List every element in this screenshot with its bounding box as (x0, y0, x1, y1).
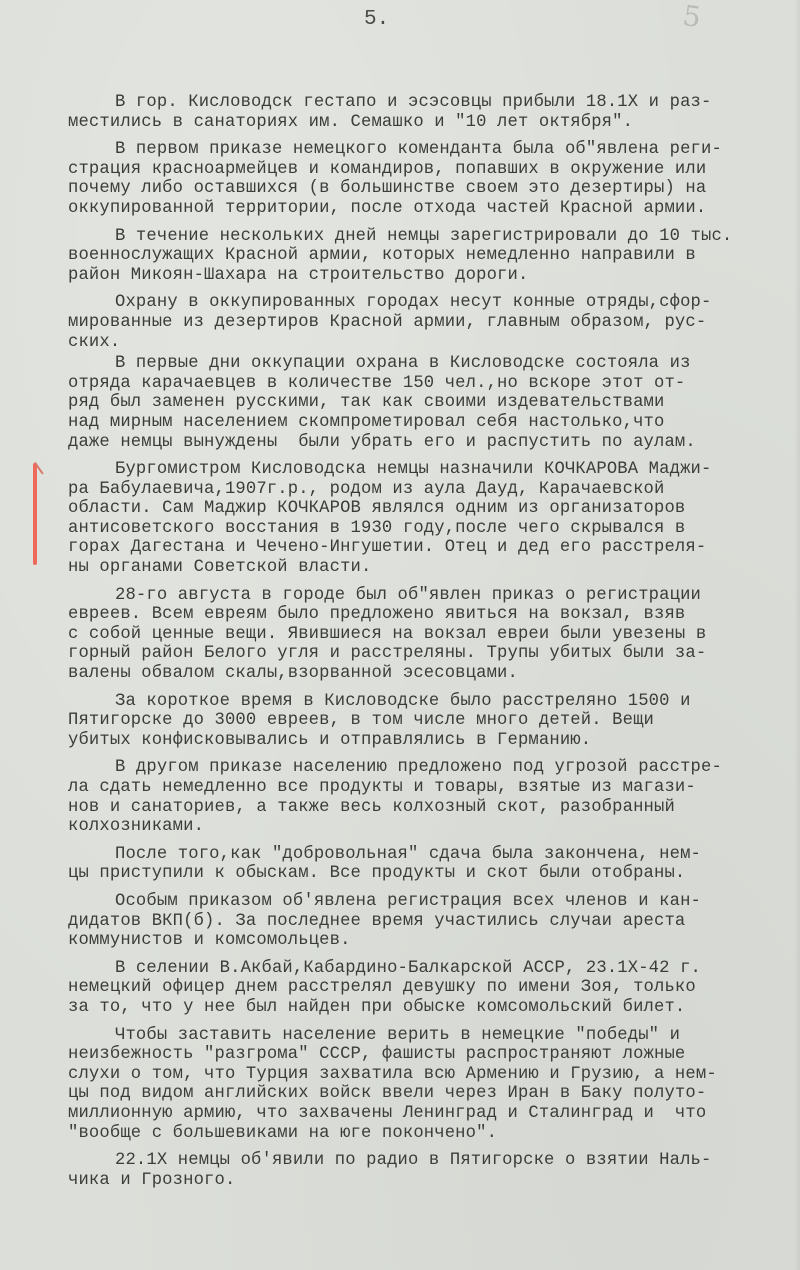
text-line: почему либо оставшихся (в большинстве св… (68, 179, 798, 199)
paragraph: Бургомистром Кисловодска немцы назначили… (68, 460, 798, 578)
text-line: валены обвалом скалы,взорванной эсесовца… (68, 664, 798, 684)
text-line: чика и Грозного. (68, 1171, 798, 1191)
text-line: за то, что у нее был найден при обыске к… (68, 998, 798, 1018)
text-line: Бургомистром Кисловодска немцы назначили… (68, 460, 798, 480)
text-line: даже немцы вынуждены были убрать его и р… (68, 433, 798, 453)
text-line: Чтобы заставить население верить в немец… (68, 1026, 798, 1046)
text-line: Пятигорске до 3000 евреев, в том числе м… (68, 711, 798, 731)
page-number: 5. (364, 8, 389, 31)
text-line: В первые дни оккупации охрана в Кисловод… (68, 354, 798, 374)
typewritten-body: В гор. Кисловодск гестапо и эсэсовцы при… (68, 93, 798, 1198)
text-line: ла сдать немедленно все продукты и товар… (68, 778, 798, 798)
red-margin-mark (33, 463, 37, 565)
text-line: Охрану в оккупированных городах несут ко… (68, 293, 798, 313)
text-line: цы под видом английских войск ввели чере… (68, 1084, 798, 1104)
text-line: 22.1Х немцы об'явили по радио в Пятигорс… (68, 1151, 798, 1171)
paragraph: Чтобы заставить население верить в немец… (68, 1026, 798, 1144)
text-line: "вообще с большевиками на юге покончено"… (68, 1124, 798, 1144)
text-line: миллионную армию, что захвачены Ленингра… (68, 1104, 798, 1124)
text-line: нов и санаториев, а также весь колхозный… (68, 798, 798, 818)
text-line: мированные из дезертиров Красной армии, … (68, 313, 798, 333)
paragraph: Особым приказом об'явлена регистрация вс… (68, 892, 798, 951)
pencil-page-mark: 5 (681, 0, 703, 34)
text-line: отряда карачаевцев в количестве 150 чел.… (68, 374, 798, 394)
paragraph: В течение нескольких дней немцы зарегист… (68, 227, 798, 286)
text-line: После того,как "добровольная" сдача была… (68, 845, 798, 865)
text-line: дидатов ВКП(б). За последнее время участ… (68, 912, 798, 932)
text-line: колхозниками. (68, 817, 798, 837)
text-line: местились в санаториях им. Семашко и "10… (68, 113, 798, 133)
paragraph: В первом приказе немецкого коменданта бы… (68, 140, 798, 218)
text-line: За короткое время в Кисловодске было рас… (68, 692, 798, 712)
text-line: антисоветского восстания в 1930 году,пос… (68, 519, 798, 539)
text-line: немецкий офицер днем расстрелял девушку … (68, 978, 798, 998)
text-line: В селении В.Акбай,Кабардино-Балкарской А… (68, 959, 798, 979)
text-line: Особым приказом об'явлена регистрация вс… (68, 892, 798, 912)
text-line: области. Сам Маджир КОЧКАРОВ являлся одн… (68, 499, 798, 519)
text-line: с собой ценные вещи. Явившиеся на вокзал… (68, 625, 798, 645)
paragraph: В селении В.Акбай,Кабардино-Балкарской А… (68, 959, 798, 1018)
text-line: горный район Белого угля и расстреляны. … (68, 644, 798, 664)
text-line: В течение нескольких дней немцы зарегист… (68, 227, 798, 247)
text-line: В первом приказе немецкого коменданта бы… (68, 140, 798, 160)
text-line: коммунистов и комсомольцев. (68, 931, 798, 951)
text-line: 28-го августа в городе был об"явлен прик… (68, 586, 798, 606)
text-line: оккупированной территории, после отхода … (68, 199, 798, 219)
text-line: евреев. Всем евреям было предложено явит… (68, 605, 798, 625)
text-line: район Микоян-Шахара на строительство дор… (68, 266, 798, 286)
text-line: горах Дагестана и Чечено-Ингушетии. Отец… (68, 538, 798, 558)
paragraph: 22.1Х немцы об'явили по радио в Пятигорс… (68, 1151, 798, 1190)
paragraph: После того,как "добровольная" сдача была… (68, 845, 798, 884)
text-line: ряд был заменен русскими, так как своими… (68, 393, 798, 413)
text-line: слухи о том, что Турция захватила всю Ар… (68, 1065, 798, 1085)
text-line: ра Бабулаевича,1907г.р., родом из аула Д… (68, 480, 798, 500)
paragraph: За короткое время в Кисловодске было рас… (68, 692, 798, 751)
text-line: В гор. Кисловодск гестапо и эсэсовцы при… (68, 93, 798, 113)
paragraph: В другом приказе населению предложено по… (68, 758, 798, 836)
paragraph: 28-го августа в городе был об"явлен прик… (68, 586, 798, 684)
paragraph: Охрану в оккупированных городах несут ко… (68, 293, 798, 352)
text-line: В другом приказе населению предложено по… (68, 758, 798, 778)
text-line: страция красноармейцев и командиров, поп… (68, 160, 798, 180)
paragraph: В гор. Кисловодск гестапо и эсэсовцы при… (68, 93, 798, 132)
document-page: 5. 5 В гор. Кисловодск гестапо и эсэсовц… (0, 0, 800, 1270)
text-line: военнослужащих Красной армии, которых не… (68, 246, 798, 266)
text-line: неизбежность "разгрома" СССР, фашисты ра… (68, 1045, 798, 1065)
paragraph: В первые дни оккупации охрана в Кисловод… (68, 354, 798, 452)
text-line: ских. (68, 333, 798, 353)
text-line: ны органами Советской власти. (68, 558, 798, 578)
text-line: над мирным населением скомпрометировал с… (68, 413, 798, 433)
text-line: цы приступили к обыскам. Все продукты и … (68, 864, 798, 884)
text-line: убитых конфисковывались и отправлялись в… (68, 731, 798, 751)
